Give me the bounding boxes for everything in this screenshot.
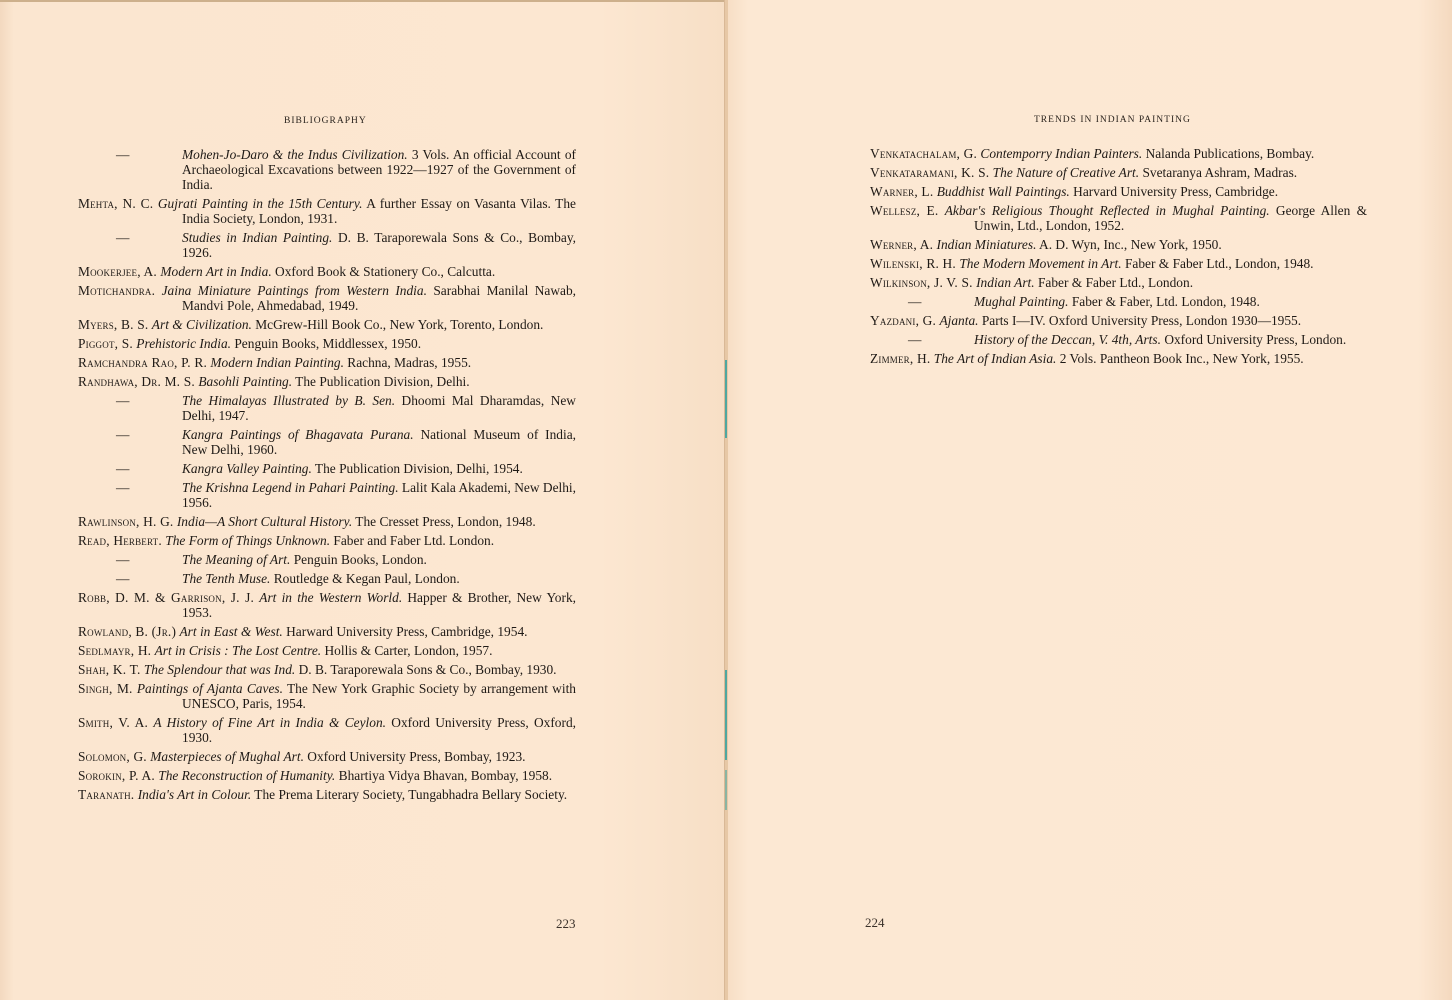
entry-author: Venkataramani, K. S.: [870, 165, 989, 180]
entry-author: Wellesz, E.: [870, 203, 938, 218]
entry-title: India's Art in Colour.: [138, 787, 251, 802]
entry-title: India—A Short Cultural History.: [177, 514, 352, 529]
entry-title: A History of Fine Art in India & Ceylon.: [153, 715, 386, 730]
entry-publication: Faber & Faber, Ltd. London, 1948.: [1068, 294, 1259, 309]
binding-thread: [725, 770, 727, 810]
entry-title: The Reconstruction of Humanity.: [158, 768, 335, 783]
entry-author: Venkatachalam, G.: [870, 146, 977, 161]
entry-title: The Tenth Muse.: [182, 571, 270, 586]
entry-publication: Oxford Book & Stationery Co., Calcutta.: [272, 264, 496, 279]
bibliography-entry: Randhawa, Dr. M. S. Basohli Painting. Th…: [78, 374, 576, 389]
entry-publication: A. D. Wyn, Inc., New York, 1950.: [1036, 237, 1221, 252]
entry-title: Mughal Painting.: [974, 294, 1068, 309]
bibliography-entry: Wellesz, E. Akbar's Religious Thought Re…: [870, 203, 1367, 233]
entry-title: The Nature of Creative Art.: [993, 165, 1139, 180]
ditto-dash: —: [116, 461, 129, 476]
entry-title: Buddhist Wall Paintings.: [937, 184, 1070, 199]
entry-title: The Meaning of Art.: [182, 552, 290, 567]
bibliography-entry: Motichandra. Jaina Miniature Paintings f…: [78, 283, 576, 313]
bibliography-entry: —History of the Deccan, V. 4th, Arts. Ox…: [870, 332, 1367, 347]
entry-title: Paintings of Ajanta Caves.: [137, 681, 283, 696]
entry-publication: Bhartiya Vidya Bhavan, Bombay, 1958.: [335, 768, 552, 783]
entry-author: Werner, A.: [870, 237, 933, 252]
bibliography-entry: Shah, K. T. The Splendour that was Ind. …: [78, 662, 576, 677]
ditto-dash: —: [908, 294, 921, 309]
entry-title: Art in East & West.: [179, 624, 282, 639]
bibliography-entry: Yazdani, G. Ajanta. Parts I—IV. Oxford U…: [870, 313, 1367, 328]
entry-author: Shah, K. T.: [78, 662, 141, 677]
bibliography-entry: Read, Herbert. The Form of Things Unknow…: [78, 533, 576, 548]
binding-thread: [725, 360, 727, 438]
bibliography-entry: —The Krishna Legend in Pahari Painting. …: [78, 480, 576, 510]
bibliography-entry: Mehta, N. C. Gujrati Painting in the 15t…: [78, 196, 576, 226]
entry-title: Kangra Valley Painting.: [182, 461, 312, 476]
entry-author: Zimmer, H.: [870, 351, 930, 366]
entry-title: Mohen-Jo-Daro & the Indus Civilization.: [182, 147, 408, 162]
entry-publication: Svetaranya Ashram, Madras.: [1139, 165, 1297, 180]
book-spread: Bibliography —Mohen-Jo-Daro & the Indus …: [0, 0, 1452, 1000]
ditto-dash: —: [116, 147, 129, 162]
entry-author: Yazdani, G.: [870, 313, 936, 328]
entry-publication: Nalanda Publications, Bombay.: [1142, 146, 1314, 161]
entry-publication: Harvard University Press, Cambridge.: [1070, 184, 1278, 199]
entry-author: Ramchandra Rao, P. R.: [78, 355, 207, 370]
entry-publication: Hollis & Carter, London, 1957.: [321, 643, 492, 658]
entry-author: Rowland, B. (Jr.): [78, 624, 176, 639]
entry-publication: The Publication Division, Delhi, 1954.: [312, 461, 523, 476]
entry-author: Solomon, G.: [78, 749, 147, 764]
entry-title: Indian Art.: [976, 275, 1035, 290]
ditto-dash: —: [116, 230, 129, 245]
right-page: Trends in Indian Painting Venkatachalam,…: [728, 0, 1452, 1000]
entry-title: Contemporry Indian Painters.: [980, 146, 1142, 161]
entry-title: Studies in Indian Painting.: [182, 230, 332, 245]
bibliography-entry: —Studies in Indian Painting. D. B. Tarap…: [78, 230, 576, 260]
entry-title: Modern Indian Painting.: [210, 355, 344, 370]
bibliography-entry: Piggot, S. Prehistoric India. Penguin Bo…: [78, 336, 576, 351]
left-page: Bibliography —Mohen-Jo-Daro & the Indus …: [0, 0, 724, 1000]
entry-title: Jaina Miniature Paintings from Western I…: [162, 283, 427, 298]
bibliography-entry: Rowland, B. (Jr.) Art in East & West. Ha…: [78, 624, 576, 639]
entry-publication: The Cresset Press, London, 1948.: [352, 514, 536, 529]
entry-author: Smith, V. A.: [78, 715, 148, 730]
entry-title: The Form of Things Unknown.: [165, 533, 330, 548]
entry-title: Basohli Painting.: [198, 374, 292, 389]
bibliography-entry: Taranath. India's Art in Colour. The Pre…: [78, 787, 576, 802]
bibliography-entry: —Kangra Paintings of Bhagavata Purana. N…: [78, 427, 576, 457]
bibliography-entry: Singh, M. Paintings of Ajanta Caves. The…: [78, 681, 576, 711]
bibliography-entry: Warner, L. Buddhist Wall Paintings. Harv…: [870, 184, 1367, 199]
bibliography-entry: —Kangra Valley Painting. The Publication…: [78, 461, 576, 476]
entry-title: The Himalayas Illustrated by B. Sen.: [182, 393, 395, 408]
entry-author: Sorokin, P. A.: [78, 768, 155, 783]
bibliography-entry: Ramchandra Rao, P. R. Modern Indian Pain…: [78, 355, 576, 370]
bibliography-entry: Sorokin, P. A. The Reconstruction of Hum…: [78, 768, 576, 783]
entry-title: Art in the Western World.: [259, 590, 402, 605]
bibliography-entry: Mookerjee, A. Modern Art in India. Oxfor…: [78, 264, 576, 279]
entry-author: Rawlinson, H. G.: [78, 514, 173, 529]
entry-publication: The Prema Literary Society, Tungabhadra …: [251, 787, 567, 802]
entry-title: Prehistoric India.: [136, 336, 231, 351]
entry-title: Kangra Paintings of Bhagavata Purana.: [182, 427, 414, 442]
entry-title: The Modern Movement in Art.: [959, 256, 1121, 271]
bibliography-entry: Venkatachalam, G. Contemporry Indian Pai…: [870, 146, 1367, 161]
entry-publication: Faber & Faber Ltd., London.: [1035, 275, 1193, 290]
running-head: Bibliography: [284, 116, 367, 126]
entry-author: Wilenski, R. H.: [870, 256, 956, 271]
bibliography-list: —Mohen-Jo-Daro & the Indus Civilization.…: [78, 147, 576, 806]
entry-title: The Splendour that was Ind.: [144, 662, 295, 677]
bibliography-entry: Smith, V. A. A History of Fine Art in In…: [78, 715, 576, 745]
bibliography-entry: Werner, A. Indian Miniatures. A. D. Wyn,…: [870, 237, 1367, 252]
entry-author: Myers, B. S.: [78, 317, 148, 332]
entry-author: Sedlmayr, H.: [78, 643, 151, 658]
entry-title: Gujrati Painting in the 15th Century.: [158, 196, 363, 211]
entry-title: The Krishna Legend in Pahari Painting.: [182, 480, 399, 495]
entry-publication: Parts I—IV. Oxford University Press, Lon…: [979, 313, 1302, 328]
entry-publication: Faber and Faber Ltd. London.: [330, 533, 494, 548]
entry-title: The Art of Indian Asia.: [934, 351, 1057, 366]
entry-publication: D. B. Taraporewala Sons & Co., Bombay, 1…: [295, 662, 556, 677]
bibliography-entry: Rawlinson, H. G. India—A Short Cultural …: [78, 514, 576, 529]
entry-publication: Penguin Books, London.: [290, 552, 427, 567]
running-head: Trends in Indian Painting: [1034, 115, 1191, 125]
entry-title: Masterpieces of Mughal Art.: [150, 749, 304, 764]
ditto-dash: —: [116, 571, 129, 586]
bibliography-entry: Sedlmayr, H. Art in Crisis : The Lost Ce…: [78, 643, 576, 658]
bibliography-list: Venkatachalam, G. Contemporry Indian Pai…: [870, 146, 1367, 370]
entry-author: Taranath.: [78, 787, 134, 802]
entry-publication: Oxford University Press, London.: [1161, 332, 1346, 347]
bibliography-entry: Wilenski, R. H. The Modern Movement in A…: [870, 256, 1367, 271]
entry-title: Akbar's Religious Thought Reflected in M…: [945, 203, 1270, 218]
entry-title: Art in Crisis : The Lost Centre.: [155, 643, 322, 658]
page-number: 224: [865, 915, 885, 931]
entry-publication: Routledge & Kegan Paul, London.: [270, 571, 459, 586]
entry-author: Mookerjee, A.: [78, 264, 157, 279]
entry-author: Robb, D. M. & Garrison, J. J.: [78, 590, 254, 605]
entry-title: Indian Miniatures.: [936, 237, 1036, 252]
entry-publication: Oxford University Press, Bombay, 1923.: [304, 749, 526, 764]
entry-publication: 2 Vols. Pantheon Book Inc., New York, 19…: [1056, 351, 1303, 366]
entry-publication: Penguin Books, Middlessex, 1950.: [231, 336, 421, 351]
entry-publication: McGrew-Hill Book Co., New York, Torento,…: [252, 317, 544, 332]
entry-publication: Rachna, Madras, 1955.: [344, 355, 471, 370]
ditto-dash: —: [908, 332, 921, 347]
entry-publication: Harward University Press, Cambridge, 195…: [283, 624, 528, 639]
bibliography-entry: Venkataramani, K. S. The Nature of Creat…: [870, 165, 1367, 180]
entry-title: Art & Civilization.: [152, 317, 252, 332]
entry-author: Read, Herbert.: [78, 533, 162, 548]
entry-author: Motichandra.: [78, 283, 155, 298]
bibliography-entry: —The Tenth Muse. Routledge & Kegan Paul,…: [78, 571, 576, 586]
entry-title: Ajanta.: [939, 313, 978, 328]
bibliography-entry: —The Himalayas Illustrated by B. Sen. Dh…: [78, 393, 576, 423]
bibliography-entry: Solomon, G. Masterpieces of Mughal Art. …: [78, 749, 576, 764]
entry-author: Warner, L.: [870, 184, 933, 199]
bibliography-entry: Robb, D. M. & Garrison, J. J. Art in the…: [78, 590, 576, 620]
bibliography-entry: Wilkinson, J. V. S. Indian Art. Faber & …: [870, 275, 1367, 290]
entry-author: Randhawa, Dr. M. S.: [78, 374, 195, 389]
entry-author: Singh, M.: [78, 681, 133, 696]
ditto-dash: —: [116, 427, 129, 442]
entry-author: Piggot, S.: [78, 336, 133, 351]
page-number: 223: [556, 916, 576, 932]
entry-author: Wilkinson, J. V. S.: [870, 275, 973, 290]
ditto-dash: —: [116, 552, 129, 567]
bibliography-entry: —The Meaning of Art. Penguin Books, Lond…: [78, 552, 576, 567]
bibliography-entry: —Mohen-Jo-Daro & the Indus Civilization.…: [78, 147, 576, 192]
bibliography-entry: —Mughal Painting. Faber & Faber, Ltd. Lo…: [870, 294, 1367, 309]
entry-title: Modern Art in India.: [160, 264, 271, 279]
binding-thread: [725, 670, 727, 760]
entry-publication: Faber & Faber Ltd., London, 1948.: [1122, 256, 1314, 271]
entry-author: Mehta, N. C.: [78, 196, 153, 211]
bibliography-entry: Zimmer, H. The Art of Indian Asia. 2 Vol…: [870, 351, 1367, 366]
ditto-dash: —: [116, 480, 129, 495]
entry-publication: The Publication Division, Delhi.: [292, 374, 470, 389]
bibliography-entry: Myers, B. S. Art & Civilization. McGrew-…: [78, 317, 576, 332]
entry-title: History of the Deccan, V. 4th, Arts.: [974, 332, 1161, 347]
ditto-dash: —: [116, 393, 129, 408]
